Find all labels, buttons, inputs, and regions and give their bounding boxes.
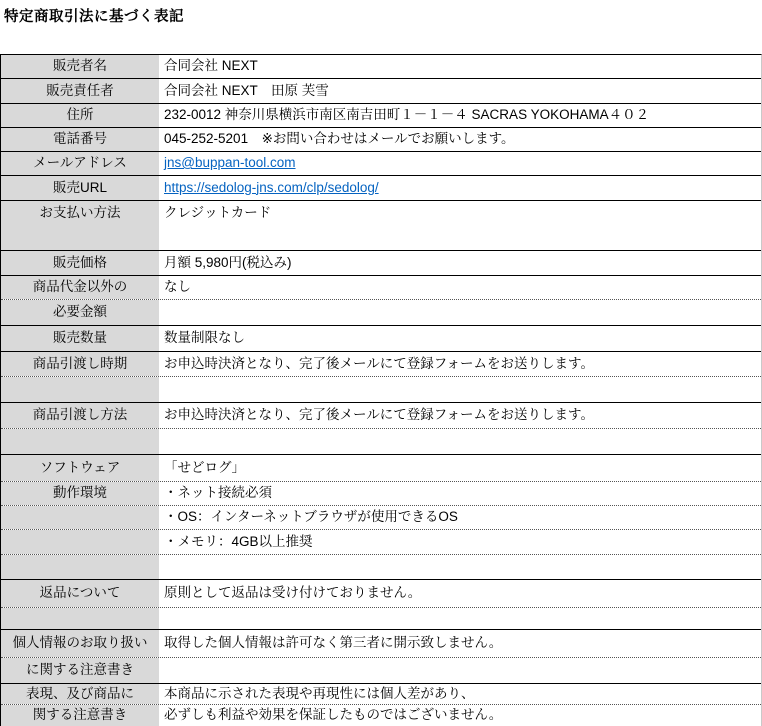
page-title: 特定商取引法に基づく表記 [0, 0, 762, 26]
table-row: 表現、及び商品に本商品に示された表現や再現性には個人差があり、 [1, 684, 761, 705]
row-value: 取得した個人情報は許可なく第三者に開示致しません。 [159, 630, 761, 657]
row-label: お支払い方法 [1, 201, 159, 250]
row-value: 必ずしも利益や効果を保証したものではございません。 [159, 705, 761, 726]
row-value: 「せどログ」 [159, 455, 761, 481]
table-row: 商品引渡し方法お申込時決済となり、完了後メールにて登録フォームをお送りします。 [1, 403, 761, 429]
table-row: ・OS：インターネットブラウザが使用できるOS [1, 506, 761, 530]
row-label: 関する注意書き [1, 705, 159, 726]
table-row: に関する注意書き [1, 658, 761, 684]
row-value: 045-252-5201 ※お問い合わせはメールでお願いします。 [159, 128, 761, 151]
table-row: ソフトウェア「せどログ」 [1, 455, 761, 482]
row-label: 必要金額 [1, 300, 159, 325]
table-row: 販売価格月額 5,980円(税込み) [1, 251, 761, 276]
table-row: 販売者名合同会社 NEXT [1, 55, 761, 79]
row-value: お申込時決済となり、完了後メールにて登録フォームをお送りします。 [159, 352, 761, 376]
table-row: お支払い方法クレジットカード [1, 201, 761, 251]
table-row: 動作環境・ネット接続必須 [1, 482, 761, 506]
row-label: 動作環境 [1, 482, 159, 505]
row-value [159, 300, 761, 325]
email-link[interactable]: jns@buppan-tool.com [159, 152, 761, 175]
row-value: ・メモリ：4GB以上推奨 [159, 530, 761, 554]
table-row: 販売責任者合同会社 NEXT 田原 芙雪 [1, 79, 761, 104]
row-value: 本商品に示された表現や再現性には個人差があり、 [159, 684, 761, 704]
document-page: 特定商取引法に基づく表記 販売者名合同会社 NEXT販売責任者合同会社 NEXT… [0, 0, 762, 726]
row-value: 原則として返品は受け付けておりません。 [159, 580, 761, 607]
row-label: 個人情報のお取り扱い [1, 630, 159, 657]
row-label: 販売価格 [1, 251, 159, 275]
row-label: 販売責任者 [1, 79, 159, 103]
table-row: メールアドレスjns@buppan-tool.com [1, 152, 761, 176]
row-label: 商品代金以外の [1, 276, 159, 299]
row-label: 販売数量 [1, 326, 159, 351]
table-row: 関する注意書き必ずしも利益や効果を保証したものではございません。 [1, 705, 761, 726]
table-row: ・メモリ：4GB以上推奨 [1, 530, 761, 555]
row-value [159, 555, 761, 579]
table-row [1, 555, 761, 580]
row-label: 商品引渡し時期 [1, 352, 159, 376]
table-row: 電話番号045-252-5201 ※お問い合わせはメールでお願いします。 [1, 128, 761, 152]
row-label [1, 429, 159, 454]
row-value [159, 429, 761, 454]
row-value: お申込時決済となり、完了後メールにて登録フォームをお送りします。 [159, 403, 761, 428]
row-label [1, 608, 159, 629]
table-row: 商品引渡し時期お申込時決済となり、完了後メールにて登録フォームをお送りします。 [1, 352, 761, 377]
row-label: 電話番号 [1, 128, 159, 151]
row-value: なし [159, 276, 761, 299]
row-value: 月額 5,980円(税込み) [159, 251, 761, 275]
table-row: 商品代金以外のなし [1, 276, 761, 300]
table-row: 住所232-0012 神奈川県横浜市南区南吉田町１－１－４ SACRAS YOK… [1, 104, 761, 128]
row-label: に関する注意書き [1, 658, 159, 683]
table-row [1, 608, 761, 630]
row-label: 住所 [1, 104, 159, 127]
row-value [159, 658, 761, 683]
row-label: ソフトウェア [1, 455, 159, 481]
table-row: 返品について原則として返品は受け付けておりません。 [1, 580, 761, 608]
commercial-transactions-table: 販売者名合同会社 NEXT販売責任者合同会社 NEXT 田原 芙雪住所232-0… [0, 54, 762, 726]
row-label: 商品引渡し方法 [1, 403, 159, 428]
table-row [1, 377, 761, 403]
row-value: 232-0012 神奈川県横浜市南区南吉田町１－１－４ SACRAS YOKOH… [159, 104, 761, 127]
row-value [159, 608, 761, 629]
sales-url-link[interactable]: https://sedolog-jns.com/clp/sedolog/ [159, 176, 761, 200]
row-label [1, 506, 159, 529]
table-row [1, 429, 761, 455]
table-row: 販売URLhttps://sedolog-jns.com/clp/sedolog… [1, 176, 761, 201]
row-label [1, 555, 159, 579]
row-value: 合同会社 NEXT [159, 55, 761, 78]
row-value: 合同会社 NEXT 田原 芙雪 [159, 79, 761, 103]
row-label: 販売URL [1, 176, 159, 200]
row-label [1, 377, 159, 402]
row-value [159, 377, 761, 402]
row-label: 販売者名 [1, 55, 159, 78]
row-label [1, 530, 159, 554]
row-value: クレジットカード [159, 201, 761, 250]
row-value: ・OS：インターネットブラウザが使用できるOS [159, 506, 761, 529]
row-value: ・ネット接続必須 [159, 482, 761, 505]
row-label: 返品について [1, 580, 159, 607]
row-label: メールアドレス [1, 152, 159, 175]
row-value: 数量制限なし [159, 326, 761, 351]
table-row: 販売数量数量制限なし [1, 326, 761, 352]
table-row: 必要金額 [1, 300, 761, 326]
row-label: 表現、及び商品に [1, 684, 159, 704]
table-row: 個人情報のお取り扱い取得した個人情報は許可なく第三者に開示致しません。 [1, 630, 761, 658]
